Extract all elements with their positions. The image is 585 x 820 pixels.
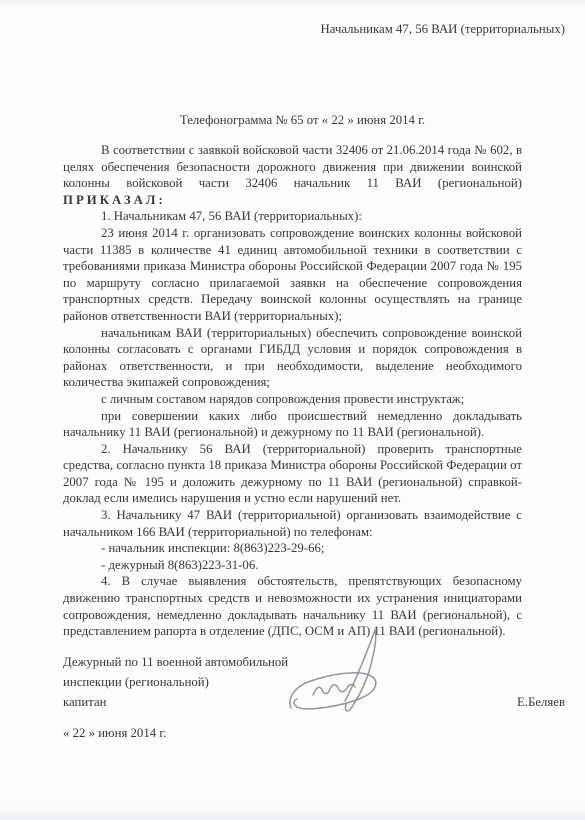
document-title: Телефонограмма № 65 от « 22 » июня 2014 …	[60, 113, 545, 128]
signer-position-line-2: инспекции (региональной)	[63, 672, 565, 692]
body-paragraph-9: - дежурный 8(863)223-31-06.	[63, 557, 522, 574]
body-paragraph-1: 1. Начальникам 47, 56 ВАИ (территориальн…	[63, 208, 522, 225]
signature-block: Дежурный по 11 военной автомобильной инс…	[63, 652, 565, 743]
addressee-line: Начальникам 47, 56 ВАИ (территориальных)	[0, 22, 565, 37]
scan-artifact-top	[0, 0, 585, 10]
scan-artifact-bottom	[0, 806, 585, 820]
body-paragraph-3: начальникам ВАИ (территориальных) обеспе…	[63, 325, 522, 391]
signer-position-line-1: Дежурный по 11 военной автомобильной	[63, 652, 565, 672]
document-body: В соответствии с заявкой войсковой части…	[63, 142, 522, 640]
body-paragraph-4: с личным составом нарядов сопровождения …	[63, 391, 522, 408]
intro-paragraph: В соответствии с заявкой войсковой части…	[63, 142, 522, 192]
document-date: « 22 » июня 2014 г.	[63, 723, 565, 743]
signer-rank: капитан	[63, 692, 107, 712]
body-paragraph-6: 2. Начальнику 56 ВАИ (территориальной) п…	[63, 441, 522, 507]
signer-name: Е.Беляев	[517, 692, 565, 712]
order-word: ПРИКАЗАЛ:	[63, 192, 522, 209]
body-paragraph-5: при совершении каких либо происшествий н…	[63, 408, 522, 441]
document-page: Начальникам 47, 56 ВАИ (территориальных)…	[0, 0, 585, 820]
signer-rank-name-row: капитан Е.Беляев	[63, 692, 565, 712]
body-paragraph-2: 23 июня 2014 г. организовать сопровожден…	[63, 225, 522, 325]
body-paragraph-10: 4. В случае выявления обстоятельств, пре…	[63, 573, 522, 639]
body-paragraph-7: 3. Начальнику 47 ВАИ (территориальной) о…	[63, 507, 522, 540]
body-paragraph-8: - начальник инспекции: 8(863)223-29-66;	[63, 540, 522, 557]
